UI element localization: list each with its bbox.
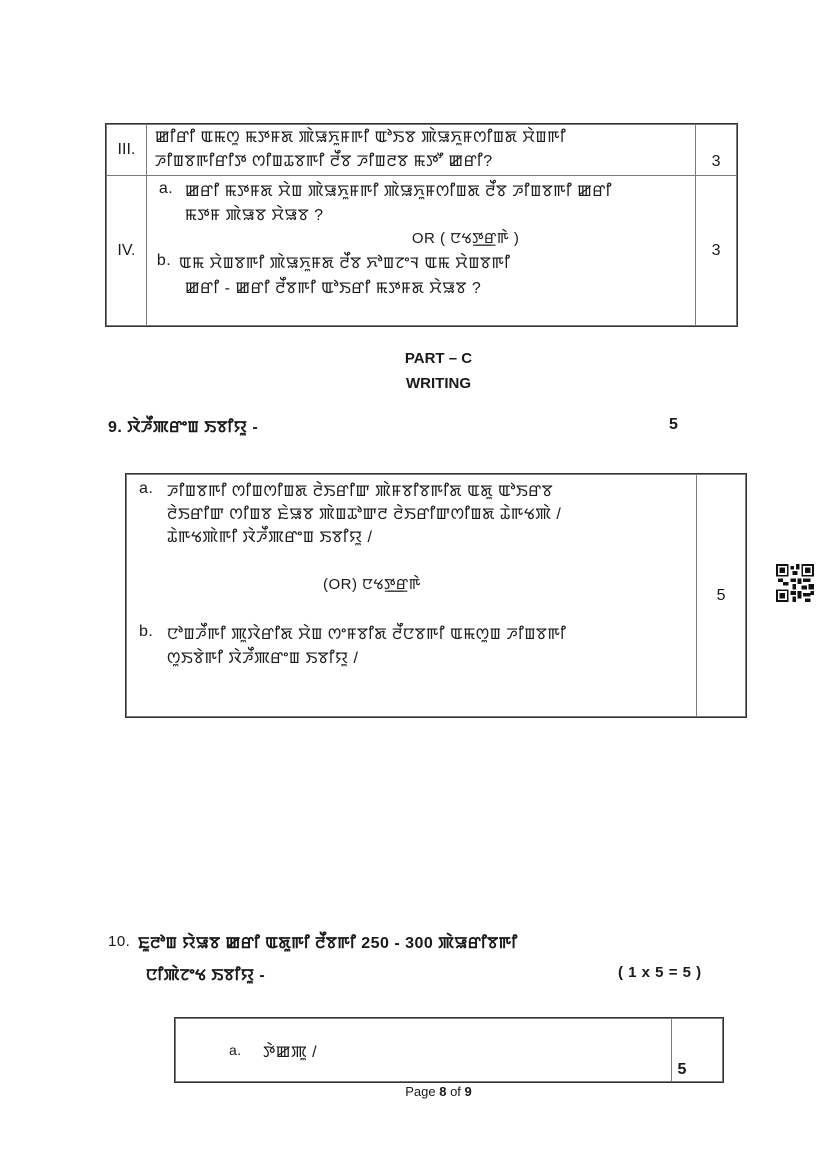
table-row: a. ꯇꯥꯀꯄꯨ / 5 (176, 1019, 723, 1082)
question-text-cell: a. ꯇꯥꯀꯄꯨ / (176, 1019, 672, 1082)
question-10-number: 10. (108, 933, 130, 950)
table-row-iv: IV. a. ꯀꯔꯤ ꯃꯇꯝꯗ ꯆꯥꯡ ꯄꯥꯎꯈꯨꯝꯒꯤ ꯄꯥꯎꯈꯨꯝꯁꯤꯡꯗ … (107, 176, 737, 326)
question-number: IV. (107, 176, 147, 326)
option-a-line: ꯀꯔꯤ ꯃꯇꯝꯗ ꯆꯥꯡ ꯄꯥꯎꯈꯨꯝꯒꯤ ꯄꯥꯎꯈꯨꯝꯁꯤꯡꯗ ꯂꯩꯕ ꯍꯤꯡ… (185, 180, 612, 202)
option-b-line: ꯁꯨꯏꯕꯥꯒꯤ ꯋꯥꯍꯩꯄꯔꯦꯡ ꯏꯕꯤꯌꯨ / (167, 647, 358, 669)
question-text-cell: ꯀꯤꯔꯤ ꯑꯃꯁꯨ ꯃꯇꯝꯗ ꯄꯥꯎꯈꯨꯝꯒꯤ ꯑꯣꯏꯕ ꯄꯥꯎꯈꯨꯝꯁꯤꯡꯗ … (146, 125, 695, 176)
question-text-cell: a. ꯍꯤꯡꯕꯒꯤ ꯁꯤꯡꯁꯤꯡꯗ ꯂꯥꯏꯔꯤꯛ ꯄꯥꯝꯕꯤꯕꯒꯤꯗ ꯑꯗꯨ ꯑ… (127, 475, 697, 717)
marks-cell: 3 (696, 125, 737, 176)
table-row: a. ꯍꯤꯡꯕꯒꯤ ꯁꯤꯡꯁꯤꯡꯗ ꯂꯥꯏꯔꯤꯛ ꯄꯥꯝꯕꯤꯕꯒꯤꯗ ꯑꯗꯨ ꯑ… (127, 475, 746, 717)
question-9-heading: 9. ꯋꯥꯍꯩꯄꯔꯦꯡ ꯏꯕꯤꯌꯨ - (108, 416, 258, 438)
option-a-line: ꯊꯥꯒꯠꯄꯥꯒꯤ ꯋꯥꯍꯩꯄꯔꯦꯡ ꯏꯕꯤꯌꯨ / (167, 526, 373, 548)
option-b-line: ꯑꯃ ꯆꯥꯡꯕꯒꯤ ꯄꯥꯎꯈꯨꯝꯗ ꯂꯩꯕ ꯈꯣꯡꯖꯦꯜ ꯑꯃ ꯆꯥꯡꯕꯒꯤ (179, 252, 510, 274)
question-text-line: ꯍꯤꯡꯕꯒꯤꯔꯤꯇ ꯁꯤꯡꯊꯕꯒꯤ ꯂꯩꯕ ꯍꯤꯡꯂꯕ ꯃꯇꯧ ꯀꯔꯤ? (155, 150, 493, 172)
page-of: of (446, 1084, 464, 1099)
option-b-line: ꯅꯣꯡꯍꯩꯒꯤ ꯄꯨꯋꯥꯔꯤꯗ ꯆꯥꯡ ꯁꯦꯝꯕꯤꯗ ꯂꯩꯅꯕꯒꯤ ꯑꯃꯁꯨꯡ … (167, 623, 566, 645)
page-number: Page 8 of 9 (0, 1084, 827, 1099)
option-a-line: ꯃꯇꯝ ꯄꯥꯎꯕ ꯆꯥꯎꯕ ? (185, 204, 324, 226)
page-prefix: Page (405, 1084, 439, 1099)
question-10-marks: ( 1 x 5 = 5 ) (618, 964, 702, 981)
part-title: PART – C (0, 350, 827, 367)
option-b-label: b. (139, 623, 153, 641)
marks-cell: 5 (697, 475, 746, 717)
question-number: III. (107, 125, 147, 176)
question-9-marks: 5 (669, 416, 678, 434)
or-separator: OR ( ꯅꯠꯇ꯭ꯔꯒꯥ ) (412, 227, 519, 248)
or-separator: (OR) ꯅꯠꯇ꯭ꯔꯒꯥ (323, 573, 421, 594)
option-a-line: ꯂꯥꯏꯔꯤꯛ ꯁꯤꯡꯕ ꯐꯥꯎꯕ ꯄꯥꯡꯊꯣꯛꯂ ꯂꯥꯏꯔꯤꯛꯁꯤꯡꯗ ꯊꯥꯒꯠ… (167, 503, 561, 525)
qr-code-icon (776, 564, 814, 602)
question-10-table: a. ꯇꯥꯀꯄꯨ / 5 (175, 1018, 723, 1082)
question-10-heading-line1: ꯐꯨꯂꯣꯡ ꯌꯥꯎꯕ ꯀꯔꯤ ꯑꯗꯨꯒꯤ ꯂꯩꯕꯒꯤ 250 - 300 ꯄꯥꯎ… (138, 932, 518, 954)
question-table-part-b: III. ꯀꯤꯔꯤ ꯑꯃꯁꯨ ꯃꯇꯝꯗ ꯄꯥꯎꯈꯨꯝꯒꯤ ꯑꯣꯏꯕ ꯄꯥꯎꯈꯨꯝ… (106, 124, 737, 326)
question-10-heading-line2: ꯅꯤꯄꯥꯖꯦꯠ ꯏꯕꯤꯌꯨ - (146, 964, 265, 986)
option-a-label: a. (139, 480, 153, 498)
option-a-label: a. (159, 180, 173, 198)
option-b-label: b. (157, 252, 171, 270)
question-text-cell: a. ꯀꯔꯤ ꯃꯇꯝꯗ ꯆꯥꯡ ꯄꯥꯎꯈꯨꯝꯒꯤ ꯄꯥꯎꯈꯨꯝꯁꯤꯡꯗ ꯂꯩꯕ … (146, 176, 695, 326)
option-b-line: ꯀꯔꯤ - ꯀꯔꯤ ꯂꯩꯕꯒꯤ ꯑꯣꯏꯔꯤ ꯃꯇꯝꯗ ꯆꯥꯎꯕ ? (185, 277, 481, 299)
table-row-iii: III. ꯀꯤꯔꯤ ꯑꯃꯁꯨ ꯃꯇꯝꯗ ꯄꯥꯎꯈꯨꯝꯒꯤ ꯑꯣꯏꯕ ꯄꯥꯎꯈꯨꯝ… (107, 125, 737, 176)
option-a-label: a. (229, 1042, 242, 1058)
part-subtitle: WRITING (0, 375, 827, 392)
marks-cell: 3 (696, 176, 737, 326)
page-total: 9 (465, 1084, 472, 1099)
marks-cell: 5 (671, 1019, 722, 1082)
question-9-table: a. ꯍꯤꯡꯕꯒꯤ ꯁꯤꯡꯁꯤꯡꯗ ꯂꯥꯏꯔꯤꯛ ꯄꯥꯝꯕꯤꯕꯒꯤꯗ ꯑꯗꯨ ꯑ… (126, 474, 746, 717)
option-a-line: ꯍꯤꯡꯕꯒꯤ ꯁꯤꯡꯁꯤꯡꯗ ꯂꯥꯏꯔꯤꯛ ꯄꯥꯝꯕꯤꯕꯒꯤꯗ ꯑꯗꯨ ꯑꯣꯏꯔ… (167, 480, 553, 502)
question-text-line: ꯀꯤꯔꯤ ꯑꯃꯁꯨ ꯃꯇꯝꯗ ꯄꯥꯎꯈꯨꯝꯒꯤ ꯑꯣꯏꯕ ꯄꯥꯎꯈꯨꯝꯁꯤꯡꯗ … (155, 126, 566, 148)
option-a-text: ꯇꯥꯀꯄꯨ / (263, 1041, 317, 1063)
